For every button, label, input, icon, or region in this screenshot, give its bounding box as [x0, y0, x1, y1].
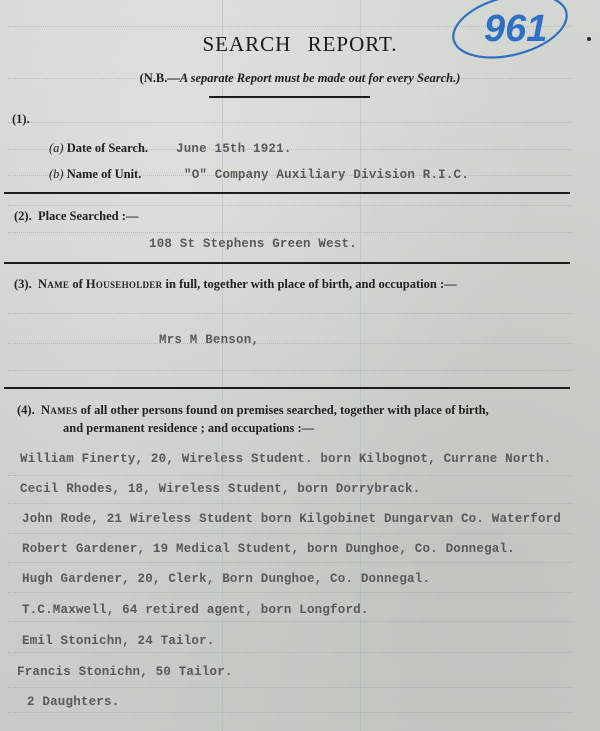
ruling-line	[8, 652, 572, 653]
note-prefix: (N.B.—	[140, 71, 180, 85]
person-entry: Emil Stonichn, 24 Tailor.	[22, 634, 215, 648]
section4-label-line1: (4). Names of all other persons found on…	[17, 403, 489, 418]
householder-value: Mrs M Benson,	[159, 333, 259, 347]
ruling-line	[8, 562, 572, 563]
date-of-search-label: (a) Date of Search.	[49, 141, 148, 156]
date-of-search-value: June 15th 1921.	[176, 142, 292, 156]
section-divider	[4, 192, 570, 194]
ruling-line	[8, 712, 572, 713]
note-text: A separate Report must be made out for e…	[180, 71, 461, 85]
person-entry: 2 Daughters.	[27, 695, 119, 709]
ruling-line	[8, 503, 572, 504]
ruling-line	[8, 687, 572, 688]
section-divider	[4, 262, 570, 264]
section3-label: (3). Name of Householder in full, togeth…	[14, 277, 457, 292]
person-entry: William Finerty, 20, Wireless Student. b…	[20, 452, 551, 466]
section4-label-line2: and permanent residence ; and occupation…	[63, 421, 314, 436]
ruling-line	[8, 122, 572, 123]
person-entry: Hugh Gardener, 20, Clerk, Born Dunghoe, …	[22, 572, 430, 586]
section-divider	[4, 387, 570, 389]
dot-mark	[587, 37, 591, 41]
ruling-line	[8, 205, 572, 206]
ruling-line	[8, 621, 572, 622]
handwritten-number: 961	[484, 8, 547, 50]
title-underline	[209, 96, 370, 98]
person-entry: Francis Stonichn, 50 Tailor.	[17, 665, 233, 679]
note-line: (N.B.—A separate Report must be made out…	[0, 71, 600, 86]
unit-name-label: (b) Name of Unit.	[49, 167, 141, 182]
ruling-line	[8, 313, 572, 314]
person-entry: T.C.Maxwell, 64 retired agent, born Long…	[22, 603, 369, 617]
person-entry: Robert Gardener, 19 Medical Student, bor…	[22, 542, 515, 556]
ruling-line	[8, 343, 572, 344]
ruling-line	[8, 370, 572, 371]
section1-number: (1).	[12, 112, 30, 127]
person-entry: Cecil Rhodes, 18, Wireless Student, born…	[20, 482, 420, 496]
person-entry: John Rode, 21 Wireless Student born Kilg…	[22, 512, 561, 526]
place-searched-value: 108 St Stephens Green West.	[149, 237, 357, 251]
ruling-line	[8, 533, 572, 534]
ruling-line	[8, 475, 572, 476]
ruling-line	[8, 592, 572, 593]
section2-label: (2). Place Searched :—	[14, 209, 138, 224]
ruling-line	[8, 232, 572, 233]
unit-name-value: "O" Company Auxiliary Division R.I.C.	[184, 168, 469, 182]
handwritten-number-stamp: 961	[444, 0, 572, 68]
